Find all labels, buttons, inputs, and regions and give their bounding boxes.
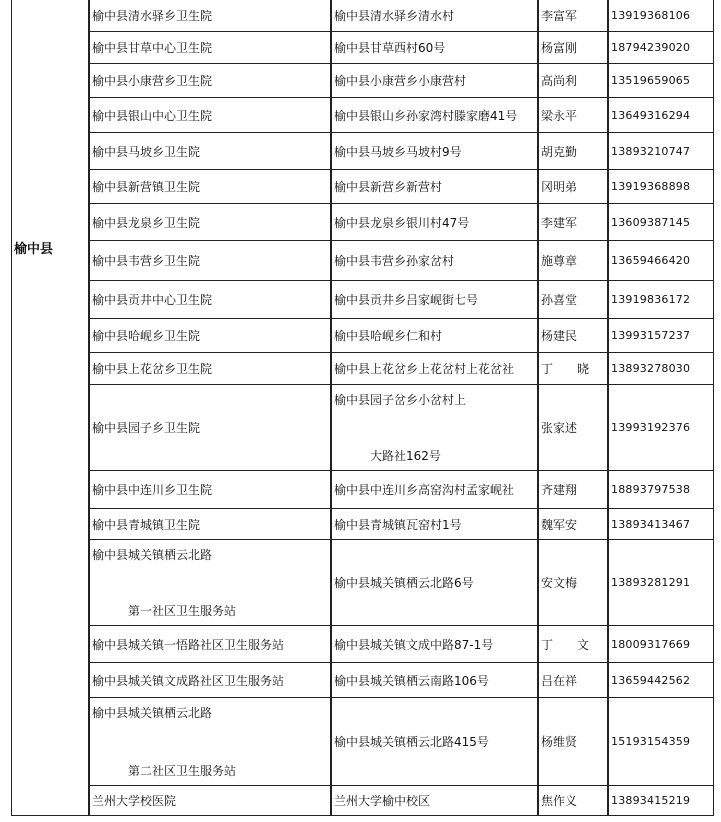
phone-cell-text: 13649316294 xyxy=(611,109,690,122)
contact-person-cell-text: 张家述 xyxy=(541,419,577,436)
facility-name-cell-text: 榆中县马坡乡卫生院 xyxy=(92,143,200,160)
phone-cell: 13993192376 xyxy=(608,384,714,471)
address-cell: 榆中县城关镇栖云北路415号 xyxy=(331,697,538,786)
facility-name-cell-text: 榆中县中连川乡卫生院 xyxy=(92,481,212,498)
facility-name-cell-text: 榆中县韦营乡卫生院 xyxy=(92,252,200,269)
contact-person-cell: 高尚利 xyxy=(538,63,608,98)
address-cell-text: 榆中县新营乡新营村 xyxy=(334,178,442,195)
facility-name-cell: 榆中县城关镇栖云北路第一社区卫生服务站 xyxy=(89,539,331,626)
phone-cell: 18794239020 xyxy=(608,31,714,64)
facility-name-cell-text: 榆中县城关镇栖云北路 xyxy=(92,546,212,563)
address-cell: 榆中县贡井乡吕家岘街七号 xyxy=(331,280,538,319)
phone-cell: 13609387145 xyxy=(608,203,714,241)
contact-person-cell-text: 吕在祥 xyxy=(541,672,577,689)
facility-name-cell-text: 榆中县小康营乡卫生院 xyxy=(92,72,212,89)
contact-person-cell: 丁 文 xyxy=(538,625,608,663)
address-cell-text: 榆中县贡井乡吕家岘街七号 xyxy=(334,291,478,308)
address-cell-text: 榆中县园子岔乡小岔村上 xyxy=(334,391,466,408)
address-cell-text: 榆中县青城镇瓦窑村1号 xyxy=(334,516,462,533)
address-cell-text-line2: 大路社162号 xyxy=(334,447,441,464)
address-cell-text: 榆中县城关镇栖云北路415号 xyxy=(334,733,489,750)
table-row: 榆中县城关镇栖云北路第一社区卫生服务站榆中县城关镇栖云北路6号安文梅138932… xyxy=(89,540,714,626)
contact-person-cell: 焦作义 xyxy=(538,785,608,816)
phone-cell-text: 18009317669 xyxy=(611,638,690,651)
facility-name-cell: 榆中县贡井中心卫生院 xyxy=(89,280,331,319)
address-cell: 榆中县新营乡新营村 xyxy=(331,169,538,204)
phone-cell: 15193154359 xyxy=(608,697,714,786)
address-cell-text: 榆中县城关镇栖云南路106号 xyxy=(334,672,489,689)
phone-cell-text: 13919836172 xyxy=(611,293,690,306)
address-cell: 榆中县龙泉乡银川村47号 xyxy=(331,203,538,241)
phone-cell-text: 13659442562 xyxy=(611,674,690,687)
contact-person-cell: 李富军 xyxy=(538,0,608,32)
contact-person-cell: 吕在祥 xyxy=(538,662,608,698)
phone-cell-text: 13893281291 xyxy=(611,576,690,589)
phone-cell: 13919836172 xyxy=(608,280,714,319)
table-row: 榆中县龙泉乡卫生院榆中县龙泉乡银川村47号李建军13609387145 xyxy=(89,204,714,241)
contact-person-cell: 胡克勤 xyxy=(538,132,608,170)
facility-name-cell-text: 榆中县园子乡卫生院 xyxy=(92,419,200,436)
contact-person-cell: 梁永平 xyxy=(538,97,608,133)
contact-person-cell: 冈明弟 xyxy=(538,169,608,204)
contact-person-cell-text: 杨建民 xyxy=(541,327,577,344)
address-cell: 榆中县上花岔乡上花岔村上花岔社 xyxy=(331,352,538,385)
contact-person-cell: 安文梅 xyxy=(538,539,608,626)
address-cell-text: 榆中县龙泉乡银川村47号 xyxy=(334,214,469,231)
facility-name-cell-text-line2: 第二社区卫生服务站 xyxy=(92,762,236,779)
contact-person-cell: 施尊章 xyxy=(538,240,608,281)
facility-name-cell-text: 榆中县青城镇卫生院 xyxy=(92,516,200,533)
facility-name-cell: 榆中县城关镇栖云北路第二社区卫生服务站 xyxy=(89,697,331,786)
facility-name-cell: 榆中县城关镇文成路社区卫生服务站 xyxy=(89,662,331,698)
address-cell: 榆中县甘草西村60号 xyxy=(331,31,538,64)
phone-cell: 13519659065 xyxy=(608,63,714,98)
phone-cell: 13659466420 xyxy=(608,240,714,281)
address-cell-text: 榆中县城关镇文成中路87-1号 xyxy=(334,636,493,653)
phone-cell-text: 13609387145 xyxy=(611,216,690,229)
facility-name-cell-text: 榆中县哈岘乡卫生院 xyxy=(92,327,200,344)
address-cell-text: 榆中县银山乡孙家湾村滕家磨41号 xyxy=(334,107,517,124)
phone-cell-text: 13659466420 xyxy=(611,254,690,267)
phone-cell: 13919368898 xyxy=(608,169,714,204)
table-row: 榆中县小康营乡卫生院榆中县小康营乡小康营村高尚利13519659065 xyxy=(89,64,714,98)
phone-cell: 13993157237 xyxy=(608,318,714,353)
phone-cell-text: 13919368898 xyxy=(611,180,690,193)
facility-name-cell-text: 榆中县城关镇一悟路社区卫生服务站 xyxy=(92,636,284,653)
phone-cell: 13893413467 xyxy=(608,508,714,540)
contact-person-cell-text: 冈明弟 xyxy=(541,178,577,195)
facility-name-cell-text-line2: 第一社区卫生服务站 xyxy=(92,602,236,619)
table-row: 榆中县马坡乡卫生院榆中县马坡乡马坡村9号胡克勤13893210747 xyxy=(89,133,714,170)
phone-cell-text: 13519659065 xyxy=(611,74,690,87)
facility-name-cell: 榆中县韦营乡卫生院 xyxy=(89,240,331,281)
facility-name-cell-text: 榆中县新营镇卫生院 xyxy=(92,178,200,195)
phone-cell: 13893278030 xyxy=(608,352,714,385)
facility-name-cell: 榆中县上花岔乡卫生院 xyxy=(89,352,331,385)
table-row: 榆中县城关镇栖云北路第二社区卫生服务站榆中县城关镇栖云北路415号杨维贤1519… xyxy=(89,698,714,786)
address-cell: 榆中县青城镇瓦窑村1号 xyxy=(331,508,538,540)
contact-person-cell: 丁 晓 xyxy=(538,352,608,385)
address-cell: 榆中县城关镇栖云北路6号 xyxy=(331,539,538,626)
facility-name-cell-text: 榆中县城关镇文成路社区卫生服务站 xyxy=(92,672,284,689)
contact-person-cell: 张家述 xyxy=(538,384,608,471)
address-cell: 兰州大学榆中校区 xyxy=(331,785,538,816)
phone-cell: 13919368106 xyxy=(608,0,714,32)
facility-name-cell-text: 榆中县上花岔乡卫生院 xyxy=(92,360,212,377)
table-row: 榆中县城关镇文成路社区卫生服务站榆中县城关镇栖云南路106号吕在祥1365944… xyxy=(89,663,714,698)
facility-name-cell: 榆中县银山中心卫生院 xyxy=(89,97,331,133)
phone-cell: 13893415219 xyxy=(608,785,714,816)
address-cell-text: 榆中县清水驿乡清水村 xyxy=(334,7,454,24)
table-row: 榆中县中连川乡卫生院榆中县中连川乡高窑沟村孟家岘社齐建翔18893797538 xyxy=(89,471,714,509)
contact-person-cell: 孙喜堂 xyxy=(538,280,608,319)
address-cell: 榆中县中连川乡高窑沟村孟家岘社 xyxy=(331,470,538,509)
county-label: 榆中县 xyxy=(14,238,53,257)
address-cell-text: 榆中县韦营乡孙家岔村 xyxy=(334,252,454,269)
facility-name-cell: 兰州大学校医院 xyxy=(89,785,331,816)
facility-name-cell: 榆中县清水驿乡卫生院 xyxy=(89,0,331,32)
facility-name-cell: 榆中县青城镇卫生院 xyxy=(89,508,331,540)
contact-person-cell: 杨富刚 xyxy=(538,31,608,64)
facility-name-cell: 榆中县园子乡卫生院 xyxy=(89,384,331,471)
facility-name-cell-text: 榆中县银山中心卫生院 xyxy=(92,107,212,124)
table-row: 榆中县上花岔乡卫生院榆中县上花岔乡上花岔村上花岔社丁 晓13893278030 xyxy=(89,353,714,385)
contact-person-cell-text: 孙喜堂 xyxy=(541,291,577,308)
contact-person-cell-text: 梁永平 xyxy=(541,107,577,124)
facility-name-cell: 榆中县马坡乡卫生院 xyxy=(89,132,331,170)
phone-cell: 13649316294 xyxy=(608,97,714,133)
contact-person-cell: 李建军 xyxy=(538,203,608,241)
phone-cell: 18893797538 xyxy=(608,470,714,509)
phone-cell-text: 15193154359 xyxy=(611,735,690,748)
table-row: 榆中县韦营乡卫生院榆中县韦营乡孙家岔村施尊章13659466420 xyxy=(89,241,714,281)
facility-name-cell-text: 榆中县龙泉乡卫生院 xyxy=(92,214,200,231)
facility-name-cell: 榆中县小康营乡卫生院 xyxy=(89,63,331,98)
contact-person-cell-text: 安文梅 xyxy=(541,574,577,591)
phone-cell-text: 13993157237 xyxy=(611,329,690,342)
facility-name-cell: 榆中县中连川乡卫生院 xyxy=(89,470,331,509)
facility-name-cell-text: 榆中县清水驿乡卫生院 xyxy=(92,7,212,24)
address-cell-text: 榆中县上花岔乡上花岔村上花岔社 xyxy=(334,360,514,377)
table-row: 榆中县园子乡卫生院榆中县园子岔乡小岔村上大路社162号张家述1399319237… xyxy=(89,385,714,471)
facility-name-cell-text: 兰州大学校医院 xyxy=(92,792,176,809)
contact-person-cell: 杨建民 xyxy=(538,318,608,353)
contact-person-cell-text: 丁 晓 xyxy=(541,360,589,377)
contact-person-cell-text: 胡克勤 xyxy=(541,143,577,160)
county-cell: 榆中县 xyxy=(11,0,89,816)
phone-cell-text: 13919368106 xyxy=(611,9,690,22)
address-cell: 榆中县哈岘乡仁和村 xyxy=(331,318,538,353)
contact-person-cell: 齐建翔 xyxy=(538,470,608,509)
facility-name-cell-text: 榆中县贡井中心卫生院 xyxy=(92,291,212,308)
address-cell: 榆中县城关镇文成中路87-1号 xyxy=(331,625,538,663)
contact-person-cell: 杨维贤 xyxy=(538,697,608,786)
table-row: 榆中县青城镇卫生院榆中县青城镇瓦窑村1号魏军安13893413467 xyxy=(89,509,714,540)
address-cell: 榆中县小康营乡小康营村 xyxy=(331,63,538,98)
facility-name-cell-text: 榆中县甘草中心卫生院 xyxy=(92,39,212,56)
address-cell: 榆中县韦营乡孙家岔村 xyxy=(331,240,538,281)
phone-cell-text: 13893413467 xyxy=(611,518,690,531)
table-row: 榆中县银山中心卫生院榆中县银山乡孙家湾村滕家磨41号梁永平13649316294 xyxy=(89,98,714,133)
address-cell-text: 榆中县城关镇栖云北路6号 xyxy=(334,574,474,591)
address-cell: 榆中县马坡乡马坡村9号 xyxy=(331,132,538,170)
phone-cell-text: 13993192376 xyxy=(611,421,690,434)
address-cell-text: 兰州大学榆中校区 xyxy=(334,792,430,809)
contact-person-cell-text: 齐建翔 xyxy=(541,481,577,498)
facility-name-cell: 榆中县甘草中心卫生院 xyxy=(89,31,331,64)
phone-cell: 18009317669 xyxy=(608,625,714,663)
phone-cell: 13893281291 xyxy=(608,539,714,626)
phone-cell-text: 18794239020 xyxy=(611,41,690,54)
address-cell: 榆中县银山乡孙家湾村滕家磨41号 xyxy=(331,97,538,133)
address-cell-text: 榆中县甘草西村60号 xyxy=(334,39,445,56)
contact-person-cell-text: 丁 文 xyxy=(541,636,589,653)
table-row: 榆中县甘草中心卫生院榆中县甘草西村60号杨富刚18794239020 xyxy=(89,32,714,64)
table-row: 榆中县新营镇卫生院榆中县新营乡新营村冈明弟13919368898 xyxy=(89,170,714,204)
phone-cell-text: 13893210747 xyxy=(611,145,690,158)
address-cell-text: 榆中县小康营乡小康营村 xyxy=(334,72,466,89)
phone-cell: 13659442562 xyxy=(608,662,714,698)
contact-person-cell-text: 魏军安 xyxy=(541,516,577,533)
address-cell: 榆中县园子岔乡小岔村上大路社162号 xyxy=(331,384,538,471)
facility-name-cell: 榆中县哈岘乡卫生院 xyxy=(89,318,331,353)
table-row: 兰州大学校医院兰州大学榆中校区焦作义13893415219 xyxy=(89,786,714,816)
table-row: 榆中县清水驿乡卫生院榆中县清水驿乡清水村李富军13919368106 xyxy=(89,0,714,32)
contact-person-cell: 魏军安 xyxy=(538,508,608,540)
phone-cell-text: 13893278030 xyxy=(611,362,690,375)
phone-cell-text: 13893415219 xyxy=(611,794,690,807)
facility-name-cell: 榆中县城关镇一悟路社区卫生服务站 xyxy=(89,625,331,663)
table-row: 榆中县哈岘乡卫生院榆中县哈岘乡仁和村杨建民13993157237 xyxy=(89,319,714,353)
phone-cell: 13893210747 xyxy=(608,132,714,170)
contact-person-cell-text: 焦作义 xyxy=(541,792,577,809)
facility-name-cell-text: 榆中县城关镇栖云北路 xyxy=(92,704,212,721)
contact-person-cell-text: 施尊章 xyxy=(541,252,577,269)
contact-person-cell-text: 高尚利 xyxy=(541,72,577,89)
address-cell-text: 榆中县马坡乡马坡村9号 xyxy=(334,143,462,160)
address-cell: 榆中县城关镇栖云南路106号 xyxy=(331,662,538,698)
contact-person-cell-text: 李富军 xyxy=(541,7,577,24)
facility-name-cell: 榆中县龙泉乡卫生院 xyxy=(89,203,331,241)
facility-name-cell: 榆中县新营镇卫生院 xyxy=(89,169,331,204)
address-cell: 榆中县清水驿乡清水村 xyxy=(331,0,538,32)
address-cell-text: 榆中县中连川乡高窑沟村孟家岘社 xyxy=(334,481,514,498)
contact-person-cell-text: 杨维贤 xyxy=(541,733,577,750)
address-cell-text: 榆中县哈岘乡仁和村 xyxy=(334,327,442,344)
contact-person-cell-text: 李建军 xyxy=(541,214,577,231)
table-row: 榆中县贡井中心卫生院榆中县贡井乡吕家岘街七号孙喜堂13919836172 xyxy=(89,281,714,319)
phone-cell-text: 18893797538 xyxy=(611,483,690,496)
contact-person-cell-text: 杨富刚 xyxy=(541,39,577,56)
table-row: 榆中县城关镇一悟路社区卫生服务站榆中县城关镇文成中路87-1号丁 文180093… xyxy=(89,626,714,663)
